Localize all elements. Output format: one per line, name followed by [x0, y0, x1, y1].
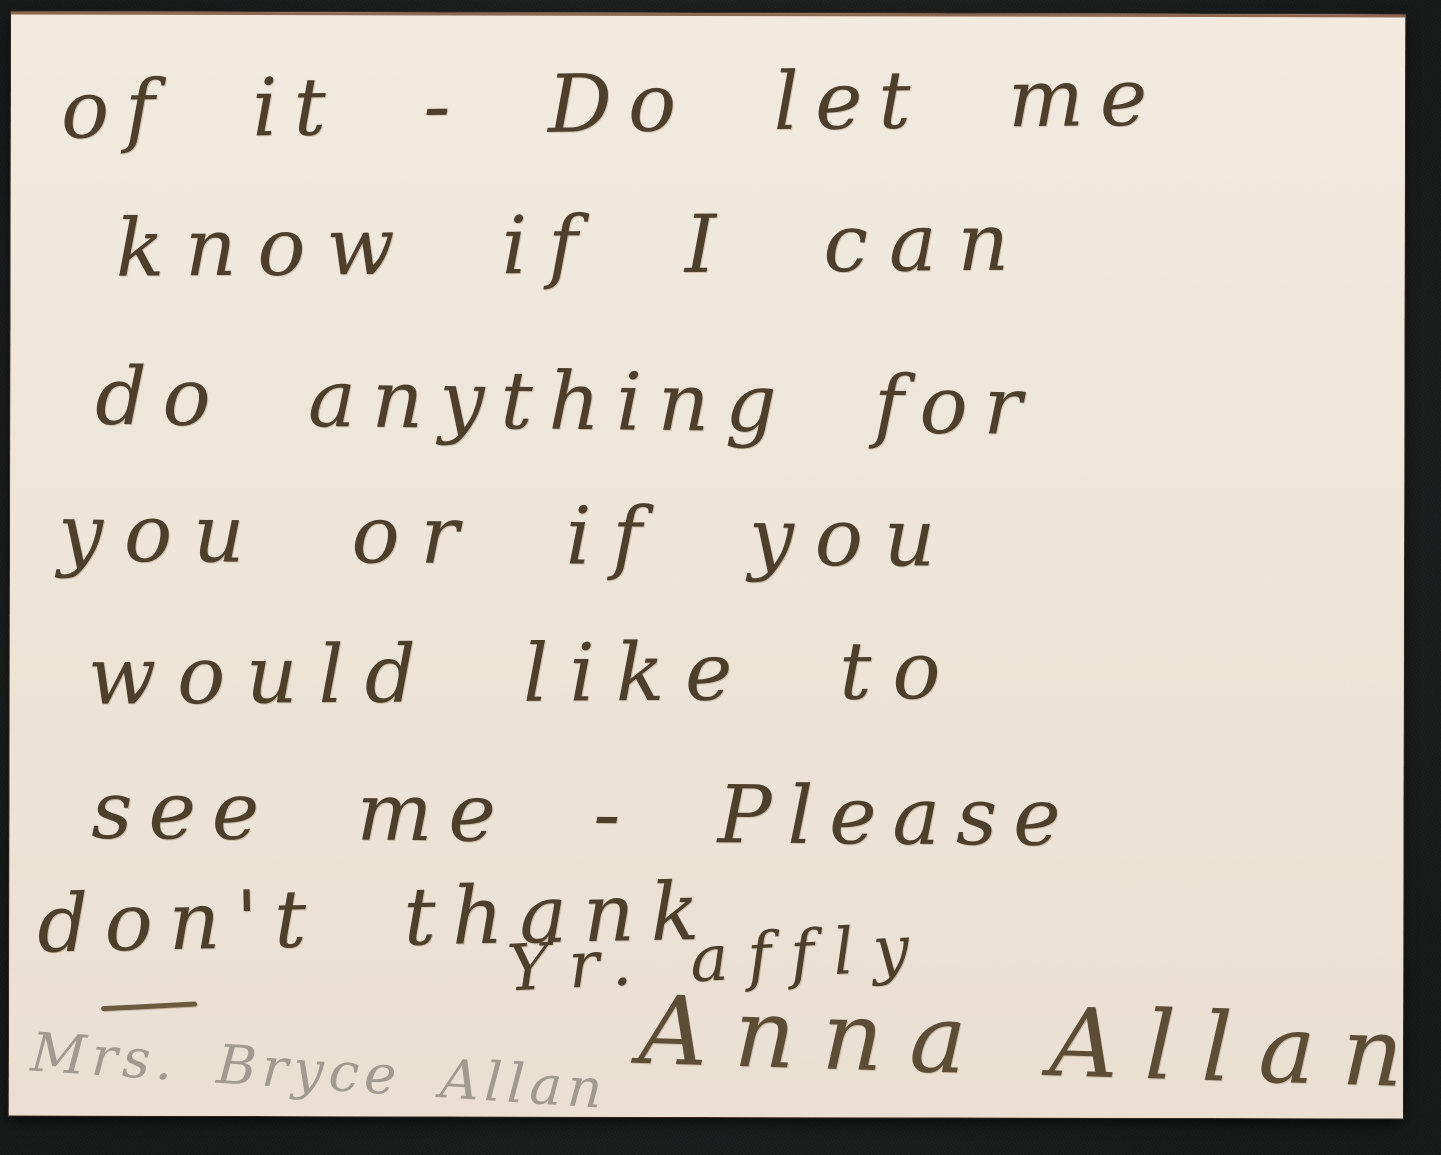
- letter-line-1: of it - Do let me: [60, 51, 1163, 157]
- letter-line-4: you or if you: [58, 487, 957, 585]
- letter-line-6: see me - Please: [91, 764, 1077, 864]
- pencil-annotation: Mrs. Bryce Allan: [29, 1021, 610, 1121]
- letter-paper: of it - Do let me know if I can do anyth…: [9, 12, 1405, 1119]
- letter-line-5: would like to: [87, 624, 961, 723]
- photo-background: of it - Do let me know if I can do anyth…: [0, 0, 1441, 1155]
- underline-flourish: [101, 1001, 197, 1011]
- letter-line-2: know if I can: [115, 196, 1030, 295]
- letter-line-3: do anything for: [95, 350, 1039, 453]
- signature: Anna Allan: [637, 976, 1431, 1110]
